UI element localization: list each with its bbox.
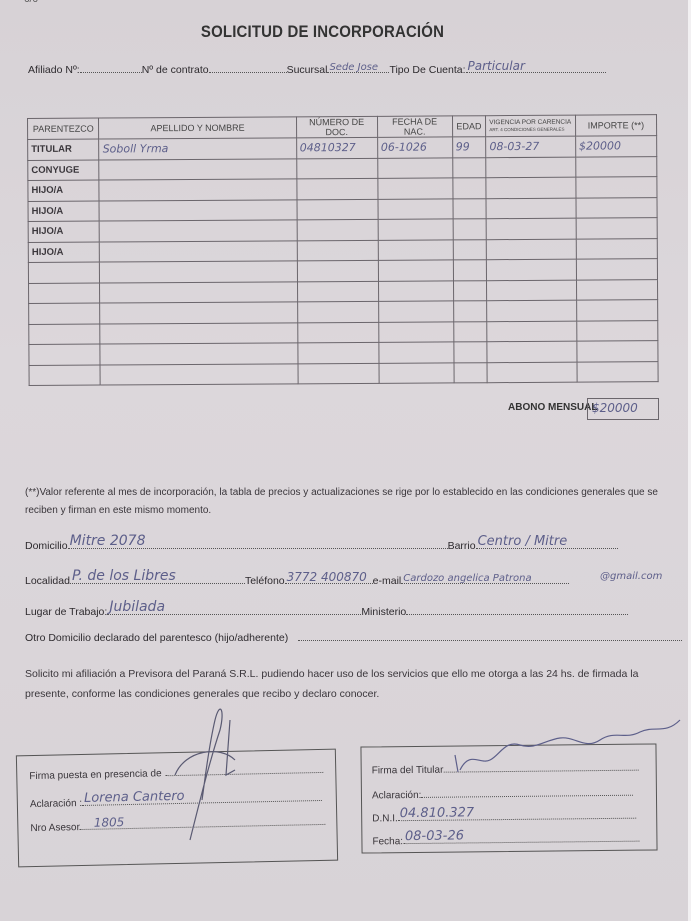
cell-importe[interactable] bbox=[576, 197, 657, 218]
cell-nombre[interactable] bbox=[100, 322, 297, 344]
domicilio-row: DomicilioMitre 2078BarrioCentro / Mitre bbox=[25, 538, 618, 552]
trabajo-row: Lugar de Trabajo:JubiladaMinisterio bbox=[25, 604, 628, 618]
cell-nombre[interactable] bbox=[99, 158, 296, 180]
page-number: 6/6 bbox=[24, 0, 38, 5]
cell-doc[interactable] bbox=[297, 260, 378, 281]
family-members-table: PARENTEZCO APELLIDO Y NOMBRE NÚMERO DE D… bbox=[27, 114, 659, 386]
cell-doc[interactable] bbox=[297, 322, 378, 343]
cell-doc[interactable] bbox=[297, 199, 378, 220]
cell-fecha-nac[interactable] bbox=[378, 280, 453, 301]
cell-importe[interactable] bbox=[577, 320, 658, 341]
cell-parentezco: HIJO/A bbox=[28, 201, 100, 222]
holder-dni-row: D.N.I.04.810.327 bbox=[372, 808, 636, 825]
holder-signature-scribble bbox=[450, 710, 690, 780]
cell-importe[interactable] bbox=[577, 341, 658, 362]
localidad-label: Localidad bbox=[25, 575, 70, 587]
cell-edad[interactable]: 99 bbox=[452, 137, 486, 158]
cell-vigencia[interactable] bbox=[487, 321, 577, 342]
sucursal-label: Sucursal bbox=[287, 64, 328, 76]
cell-parentezco bbox=[29, 303, 101, 324]
cell-edad[interactable] bbox=[453, 280, 487, 301]
cell-fecha-nac[interactable] bbox=[378, 239, 453, 260]
trabajo-field[interactable]: Jubilada bbox=[107, 604, 361, 615]
cell-doc[interactable] bbox=[297, 301, 378, 322]
cell-fecha-nac[interactable] bbox=[378, 260, 453, 281]
sucursal-field[interactable]: Sede Jose bbox=[327, 62, 389, 73]
cell-importe[interactable] bbox=[576, 238, 657, 259]
contrato-field[interactable] bbox=[209, 62, 287, 73]
cell-parentezco bbox=[29, 344, 101, 365]
advisor-signature-scribble bbox=[160, 700, 260, 850]
cell-parentezco: HIJO/A bbox=[28, 180, 100, 201]
cell-fecha-nac[interactable] bbox=[377, 157, 452, 178]
table-row bbox=[29, 361, 658, 385]
cell-vigencia[interactable] bbox=[487, 341, 577, 362]
cell-vigencia[interactable] bbox=[487, 300, 577, 321]
cell-parentezco: HIJO/A bbox=[28, 242, 100, 263]
ministerio-label: Ministerio bbox=[361, 606, 406, 618]
email-label: e-mail bbox=[373, 575, 402, 587]
barrio-field[interactable]: Centro / Mitre bbox=[476, 538, 618, 549]
cell-nombre[interactable] bbox=[100, 240, 297, 262]
email-continuation: @gmail.com bbox=[600, 571, 662, 582]
cell-edad[interactable] bbox=[452, 157, 486, 178]
cell-fecha-nac[interactable]: 06-1026 bbox=[377, 137, 452, 158]
cell-fecha-nac[interactable] bbox=[378, 321, 453, 342]
header-fecha-nac: FECHA DE NAC. bbox=[377, 116, 452, 137]
cell-doc[interactable] bbox=[297, 281, 378, 302]
cell-importe[interactable] bbox=[576, 259, 657, 280]
cell-fecha-nac[interactable] bbox=[378, 219, 453, 240]
cell-nombre[interactable] bbox=[100, 343, 297, 365]
cell-importe[interactable] bbox=[576, 218, 657, 239]
tipo-cuenta-field[interactable]: Particular bbox=[466, 62, 606, 73]
telefono-field[interactable]: 3772 400870 bbox=[285, 573, 373, 584]
otro-domicilio-field[interactable] bbox=[298, 630, 682, 641]
otro-domicilio-row: Otro Domicilio declarado del parentesco … bbox=[25, 630, 682, 644]
cell-vigencia[interactable]: 08-03-27 bbox=[486, 136, 576, 157]
request-statement: Solicito mi afiliación a Previsora del P… bbox=[25, 664, 675, 704]
cell-edad[interactable] bbox=[453, 342, 487, 363]
cell-nombre[interactable]: Soboll Yrma bbox=[99, 138, 296, 160]
cell-parentezco bbox=[29, 283, 101, 304]
cell-importe[interactable] bbox=[577, 361, 658, 382]
holder-fecha-row: Fecha:08-03-26 bbox=[372, 831, 639, 848]
cell-nombre[interactable] bbox=[100, 363, 297, 385]
cell-doc[interactable] bbox=[297, 240, 378, 261]
header-edad: EDAD bbox=[452, 116, 486, 137]
localidad-row: LocalidadP. de los LibresTeléfono3772 40… bbox=[25, 573, 569, 587]
cell-parentezco: HIJO/A bbox=[28, 221, 100, 242]
cell-importe[interactable] bbox=[576, 177, 657, 198]
cell-doc[interactable]: 04810327 bbox=[296, 137, 377, 158]
cell-vigencia[interactable] bbox=[486, 177, 576, 198]
abono-mensual-field[interactable]: $20000 bbox=[587, 398, 659, 420]
cell-vigencia[interactable] bbox=[486, 198, 576, 219]
cell-edad[interactable] bbox=[454, 362, 488, 383]
afiliado-label: Afiliado Nº: bbox=[28, 64, 80, 76]
ministerio-field[interactable] bbox=[406, 604, 628, 615]
header-parentezco: PARENTEZCO bbox=[28, 118, 100, 139]
price-note: (**)Valor referente al mes de incorporac… bbox=[25, 484, 665, 520]
cell-nombre[interactable] bbox=[100, 261, 297, 283]
cell-parentezco: CONYUGE bbox=[28, 160, 100, 181]
email-field[interactable]: Cardozo angelica Patrona bbox=[401, 573, 569, 584]
afiliado-field[interactable] bbox=[80, 62, 142, 73]
cell-parentezco bbox=[29, 324, 101, 345]
cell-nombre[interactable] bbox=[100, 302, 297, 324]
cell-parentezco bbox=[29, 365, 101, 386]
barrio-label: Barrio bbox=[448, 540, 476, 552]
cell-vigencia[interactable] bbox=[487, 280, 577, 301]
cell-vigencia[interactable] bbox=[486, 157, 576, 178]
trabajo-label: Lugar de Trabajo: bbox=[25, 606, 107, 618]
cell-importe[interactable] bbox=[576, 279, 657, 300]
cell-doc[interactable] bbox=[297, 219, 378, 240]
header-fields: Afiliado Nº:Nº de contratoSucursalSede J… bbox=[28, 62, 606, 76]
domicilio-field[interactable]: Mitre 2078 bbox=[68, 538, 448, 549]
cell-vigencia[interactable] bbox=[487, 259, 577, 280]
cell-edad[interactable] bbox=[453, 260, 487, 281]
abono-mensual-label: ABONO MENSUAL bbox=[508, 402, 597, 413]
header-doc: NÚMERO DE DOC. bbox=[296, 116, 377, 137]
cell-doc[interactable] bbox=[298, 363, 379, 384]
contrato-label: Nº de contrato bbox=[142, 64, 209, 76]
cell-importe[interactable] bbox=[576, 156, 657, 177]
cell-edad[interactable] bbox=[453, 301, 487, 322]
cell-fecha-nac[interactable] bbox=[378, 301, 453, 322]
cell-edad[interactable] bbox=[453, 239, 487, 260]
cell-edad[interactable] bbox=[453, 219, 487, 240]
header-importe: IMPORTE (**) bbox=[575, 115, 656, 136]
cell-doc[interactable] bbox=[297, 342, 378, 363]
tipo-cuenta-label: Tipo De Cuenta: bbox=[389, 64, 465, 76]
domicilio-label: Domicilio bbox=[25, 540, 68, 552]
cell-nombre[interactable] bbox=[99, 199, 296, 221]
localidad-field[interactable]: P. de los Libres bbox=[70, 573, 245, 584]
cell-vigencia[interactable] bbox=[487, 362, 577, 383]
form-title: SOLICITUD DE INCORPORACIÓN bbox=[39, 22, 607, 42]
cell-fecha-nac[interactable] bbox=[379, 342, 454, 363]
cell-vigencia[interactable] bbox=[486, 239, 576, 260]
holder-dni-field[interactable]: 04.810.327 bbox=[398, 808, 636, 821]
telefono-label: Teléfono bbox=[245, 575, 285, 587]
header-vigencia: VIGENCIA POR CARENCIA ART. 4 CONDICIONES… bbox=[486, 115, 576, 137]
cell-fecha-nac[interactable] bbox=[378, 198, 453, 219]
cell-importe[interactable]: $20000 bbox=[575, 136, 656, 157]
cell-nombre[interactable] bbox=[100, 281, 297, 303]
cell-importe[interactable] bbox=[576, 300, 657, 321]
table-body: TITULARSoboll Yrma0481032706-10269908-03… bbox=[28, 136, 658, 386]
cell-nombre[interactable] bbox=[100, 220, 297, 242]
cell-edad[interactable] bbox=[452, 178, 486, 199]
holder-fecha-field[interactable]: 08-03-26 bbox=[403, 831, 639, 844]
header-nombre: APELLIDO Y NOMBRE bbox=[99, 117, 296, 139]
cell-parentezco bbox=[28, 262, 100, 283]
cell-nombre[interactable] bbox=[99, 179, 296, 201]
otro-domicilio-label: Otro Domicilio declarado del parentesco … bbox=[25, 632, 288, 644]
cell-parentezco: TITULAR bbox=[28, 139, 100, 160]
cell-fecha-nac[interactable] bbox=[379, 362, 454, 383]
cell-edad[interactable] bbox=[452, 198, 486, 219]
cell-doc[interactable] bbox=[296, 178, 377, 199]
cell-doc[interactable] bbox=[296, 158, 377, 179]
holder-aclaracion-field[interactable] bbox=[421, 785, 633, 798]
cell-fecha-nac[interactable] bbox=[378, 178, 453, 199]
holder-aclaracion-row: Aclaración: bbox=[372, 785, 634, 802]
cell-vigencia[interactable] bbox=[486, 218, 576, 239]
cell-edad[interactable] bbox=[453, 321, 487, 342]
